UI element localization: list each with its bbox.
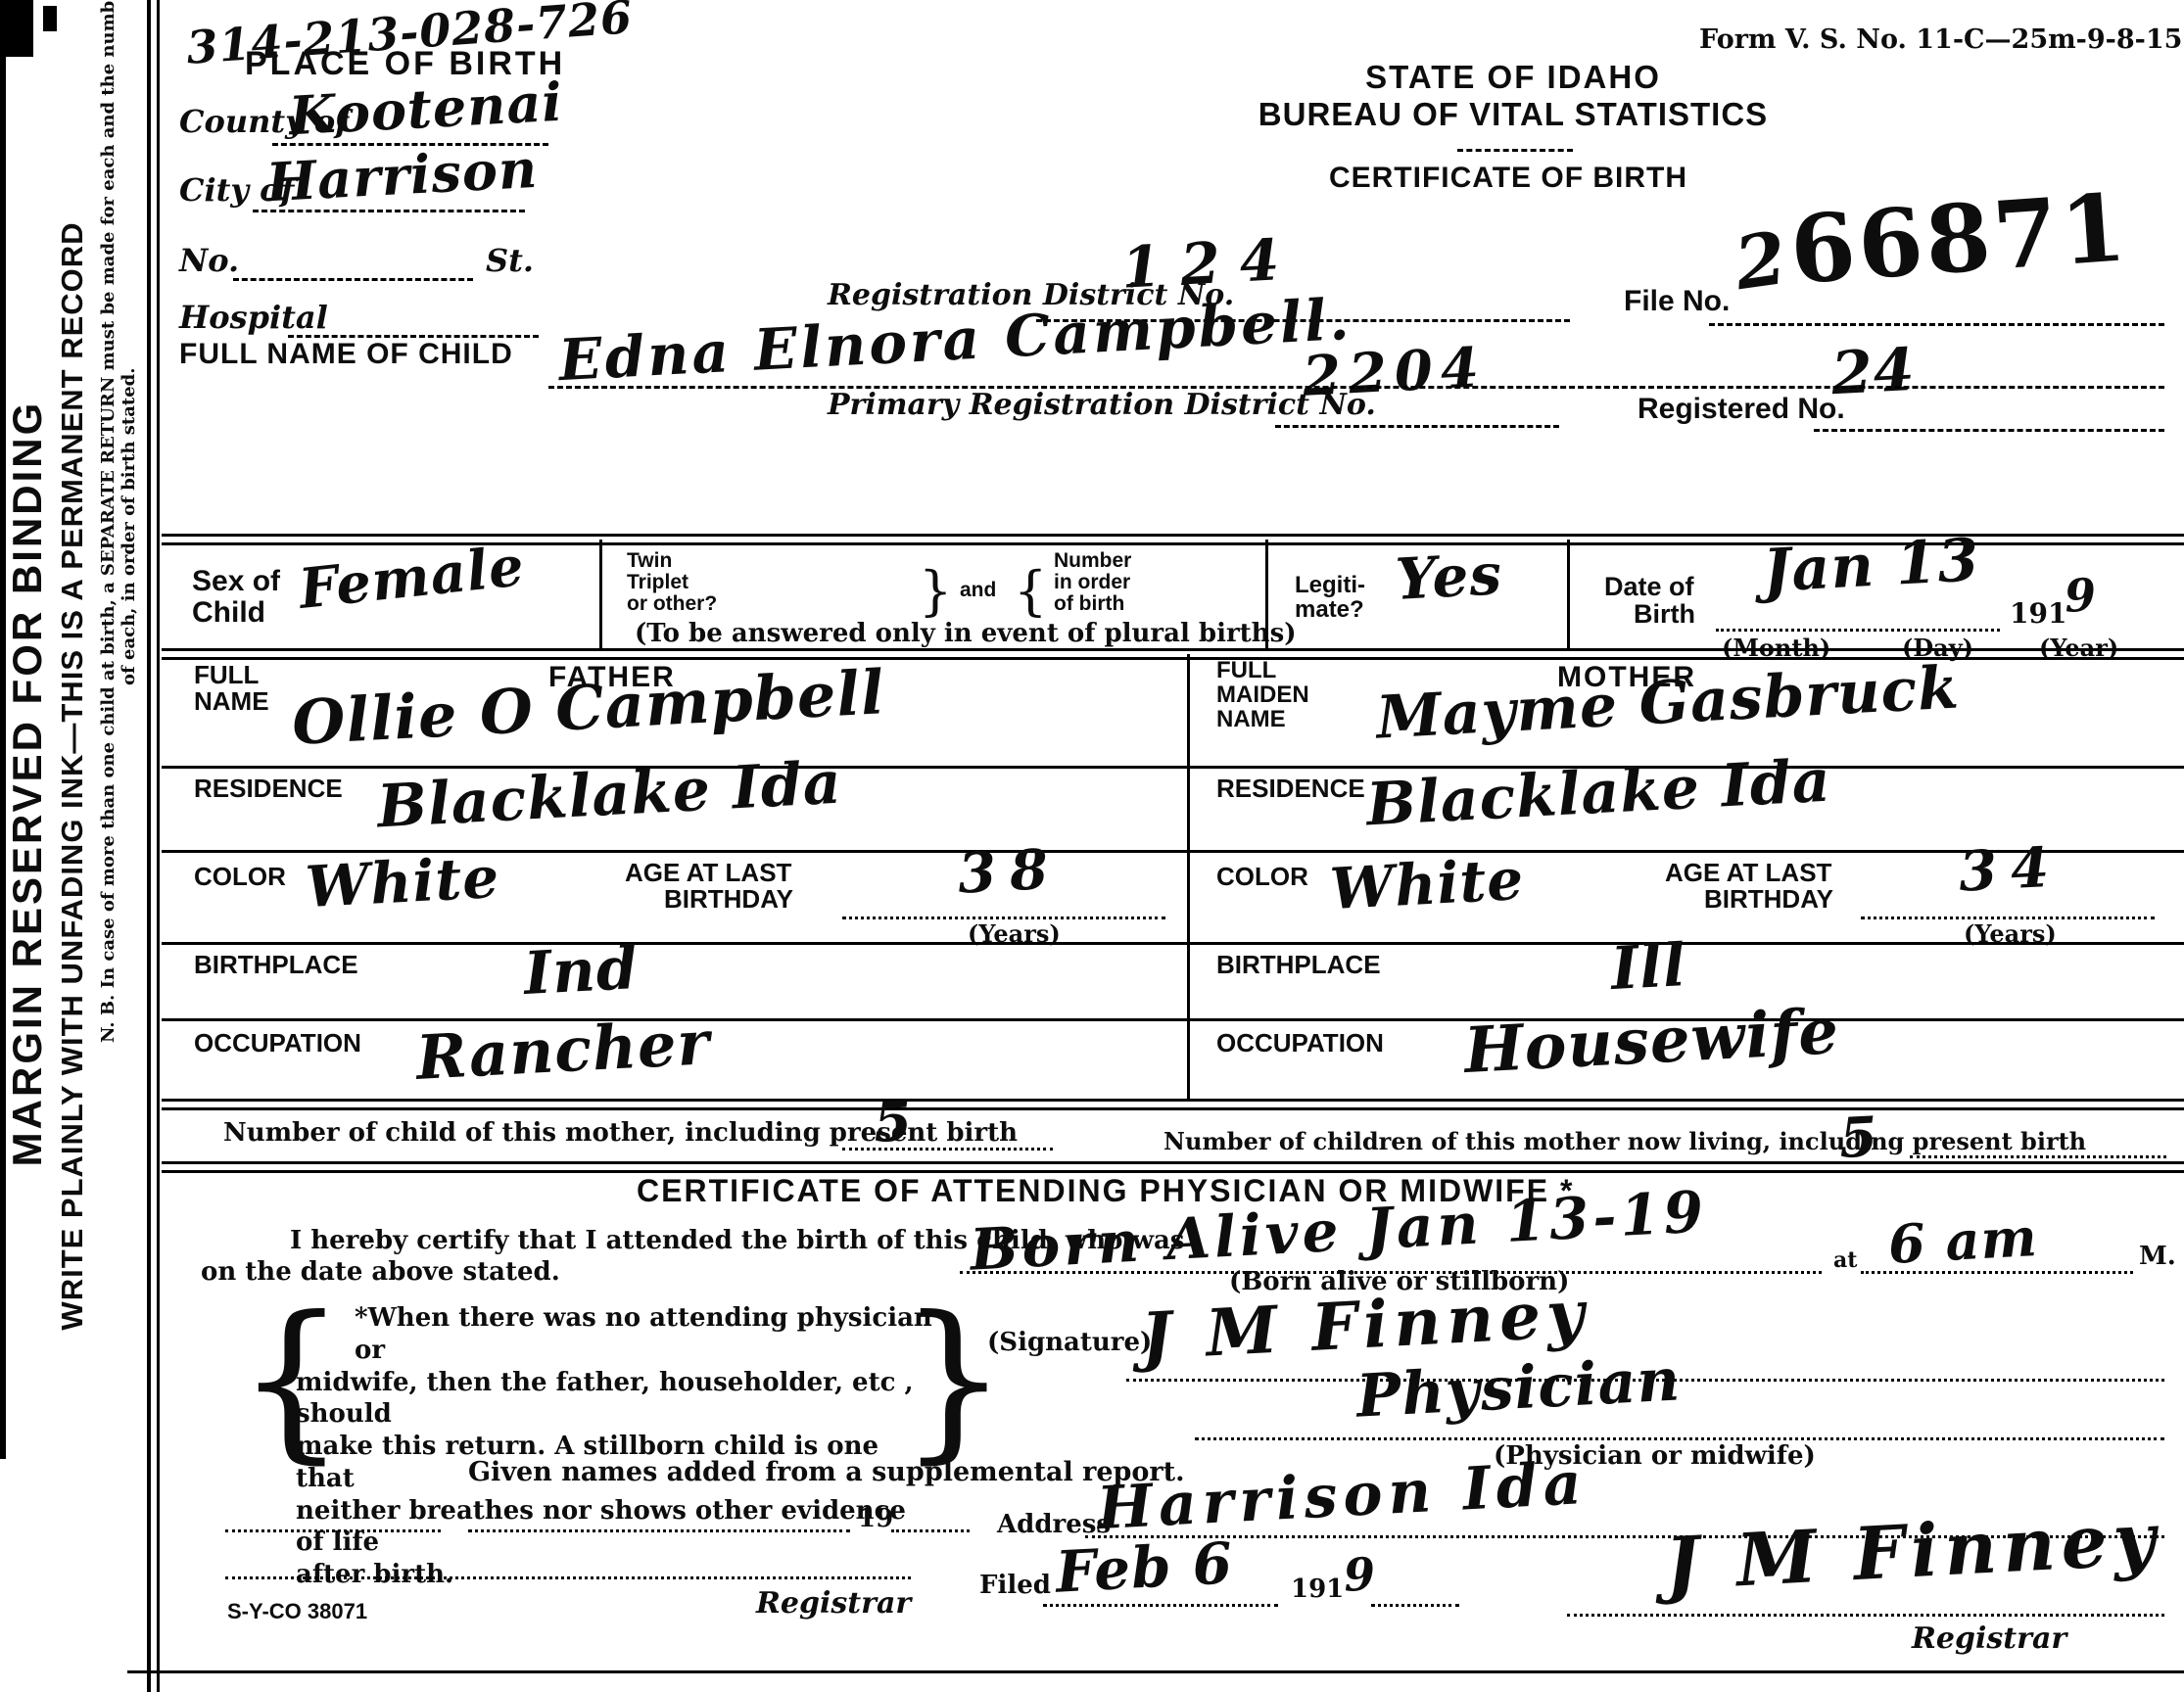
mother-age-value: 34 [1958, 839, 2065, 899]
date-of-birth-label: Date of Birth [1604, 573, 1695, 629]
registered-no-label: Registered No. [1638, 394, 1845, 425]
twin-label-line2: Triplet [627, 572, 717, 593]
father-color-label: COLOR [194, 864, 286, 890]
number-living-fill-line [1910, 1155, 2166, 1158]
number-child-value: 5 [873, 1094, 915, 1151]
mother-age-label-line2: BIRTHDAY [1665, 886, 1833, 913]
state-title: STATE OF IDAHO [1288, 61, 1738, 95]
filed-date-value: Feb 6 [1055, 1534, 1235, 1600]
father-residence-label: RESIDENCE [194, 775, 343, 802]
file-no-label: File No. [1624, 286, 1730, 317]
counts-bottom-rule [162, 1161, 2184, 1173]
twin-brace-right: { [1014, 560, 1047, 622]
sex-value: Female [297, 539, 527, 617]
number-label-line3: of birth [1054, 593, 1131, 615]
mother-name-label-line1: FULL [1216, 658, 1309, 682]
full-name-fill-line [548, 386, 2164, 389]
father-age-label-line2: BIRTHDAY [625, 886, 793, 913]
mother-name-label-line3: NAME [1216, 707, 1309, 731]
stillborn-note: *When there was no attending physician o… [296, 1302, 932, 1591]
hospital-label: Hospital [179, 302, 328, 335]
certificate-title: CERTIFICATE OF BIRTH [1283, 163, 1733, 194]
supplemental-fill-line-c [891, 1529, 970, 1532]
mother-full-name-label: FULL MAIDEN NAME [1216, 658, 1309, 732]
registration-district-value: 124 [1120, 230, 1301, 296]
mother-age-label: AGE AT LAST BIRTHDAY [1665, 860, 1833, 914]
twin-brace-left: } [919, 560, 952, 622]
father-birthplace-label: BIRTHPLACE [194, 952, 358, 978]
counts-top-rule [162, 1099, 2184, 1110]
sex-cell-divider [599, 540, 602, 651]
meridiem-label: M. [2139, 1242, 2176, 1272]
note-line4: neither breathes nor shows other evidenc… [296, 1495, 932, 1560]
father-age-label-line1: AGE AT LAST [625, 860, 793, 886]
father-color-value: White [305, 849, 501, 916]
binding-rule-inner [157, 0, 160, 1692]
mother-age-label-line1: AGE AT LAST [1665, 860, 1833, 886]
sex-label-line2: Child [192, 597, 280, 629]
sex-label-line1: Sex of [192, 566, 280, 597]
date-label-line2: Birth [1604, 600, 1695, 628]
father-color-row-line [162, 942, 1187, 945]
twin-triplet-label: Twin Triplet or other? [627, 550, 717, 615]
filed-year-value: 9 [1343, 1551, 1377, 1598]
father-full-name-value: Ollie O Campbell [291, 662, 886, 754]
physician-title-value: Physician [1355, 1350, 1683, 1426]
supplemental-fill-line-b [468, 1529, 850, 1532]
legitimate-value: Yes [1395, 545, 1504, 608]
mother-residence-value: Blacklake Ida [1365, 752, 1832, 835]
parents-center-divider [1187, 654, 1190, 1101]
margin-nb-text-line1: N. B. In case of more than one child at … [98, 157, 119, 1043]
street-label: St. [486, 245, 534, 278]
margin-binding-text: MARGIN RESERVED FOR BINDING [6, 348, 49, 1219]
number-label-line2: in order [1054, 572, 1131, 593]
mother-color-row-line [1187, 942, 2184, 945]
filed-fill-line-a [1043, 1604, 1278, 1607]
city-fill-line [253, 210, 525, 212]
mother-color-label: COLOR [1216, 864, 1308, 890]
street-no-fill-line [233, 278, 473, 281]
mother-color-value: White [1329, 851, 1526, 917]
signature-label: (Signature) [987, 1328, 1152, 1358]
file-no-stamp: 66871 [1786, 172, 2132, 307]
binding-rule-outer [147, 0, 151, 1692]
sex-of-child-label: Sex of Child [192, 566, 280, 628]
time-value: 6 am [1887, 1210, 2039, 1271]
primary-registration-label: Primary Registration District No. [828, 390, 1376, 421]
mother-birthplace-label: BIRTHPLACE [1216, 952, 1381, 978]
mother-full-name-value: Mayme Gasbruck [1375, 658, 1961, 747]
father-occupation-value: Rancher [415, 1012, 712, 1089]
father-age-value: 38 [957, 841, 1064, 901]
legitimate-label-line1: Legiti- [1295, 573, 1365, 597]
birth-certificate-scan: MARGIN RESERVED FOR BINDING WRITE PLAINL… [0, 0, 2184, 1692]
registrar-signature-fill-line [1567, 1614, 2164, 1617]
at-label: at [1833, 1247, 1857, 1273]
number-child-fill-line [842, 1148, 1053, 1151]
filed-label: Filed [979, 1571, 1051, 1601]
primary-registration-fill-line [1275, 425, 1559, 428]
father-age-label: AGE AT LAST BIRTHDAY [625, 860, 793, 914]
father-occupation-label: OCCUPATION [194, 1030, 361, 1057]
file-no-prefix-handwritten: 2 [1731, 222, 1791, 302]
print-code: S-Y-CO 38071 [227, 1600, 367, 1622]
full-name-of-child-label: FULL NAME OF CHILD [179, 339, 513, 370]
mother-residence-label: RESIDENCE [1216, 775, 1365, 802]
mother-occupation-value: Housewife [1463, 1001, 1841, 1083]
mother-birthplace-value: Ill [1609, 936, 1687, 999]
legitimate-label-line2: mate? [1295, 597, 1365, 622]
registrar-signature-value: J M Finney [1663, 1503, 2162, 1601]
bureau-underline [1457, 149, 1573, 152]
scan-corner-blob-small [43, 6, 57, 31]
supplemental-report-note: Given names added from a supplemental re… [468, 1457, 1185, 1488]
number-living-value: 5 [1838, 1109, 1880, 1166]
registered-no-fill-line [1814, 429, 2164, 432]
file-no-fill-line [1709, 323, 2164, 326]
registrar-right-label: Registrar [1912, 1623, 2066, 1655]
supplemental-fill-line-a [225, 1529, 441, 1532]
plural-births-note: (To be answered only in event of plural … [635, 619, 1297, 649]
number-in-order-label: Number in order of birth [1054, 550, 1131, 615]
father-birthplace-value: Ind [523, 939, 641, 1004]
year-handwritten-value: 9 [2064, 572, 2098, 619]
margin-nb-text-line2: of each, in order of birth stated. [119, 416, 140, 685]
registrar-left-label: Registrar [756, 1588, 911, 1620]
registrar-left-fill-line [225, 1576, 911, 1579]
physician-title-fill-line [1195, 1437, 2164, 1440]
city-value: Harrison [265, 142, 540, 209]
bottom-border-line [127, 1670, 2184, 1673]
father-full-name-label: FULL NAME [194, 662, 269, 716]
street-no-label: No. [179, 245, 239, 278]
margin-write-plainly-text: WRITE PLAINLY WITH UNFADING INK—THIS IS … [57, 117, 89, 1434]
mother-name-label-line2: MAIDEN [1216, 682, 1309, 707]
number-living-label: Number of children of this mother now li… [1163, 1128, 2086, 1156]
scan-corner-blob [0, 0, 33, 57]
number-label-line1: Number [1054, 550, 1131, 572]
legitimate-label: Legiti- mate? [1295, 573, 1365, 622]
note-brace-close: } [899, 1294, 1008, 1466]
mother-occupation-label: OCCUPATION [1216, 1030, 1384, 1057]
date-cell-divider [1567, 540, 1570, 651]
year-printed-prefix: 191 [2010, 597, 2066, 631]
time-fill-line [1861, 1271, 2133, 1274]
filed-year-prefix: 191 [1291, 1574, 1344, 1605]
county-value: Kootenai [288, 75, 564, 143]
father-name-label-line1: FULL [194, 662, 269, 688]
twin-label-line3: or other? [627, 593, 717, 615]
date-fill-line [1716, 629, 2000, 632]
registered-no-value: 24 [1829, 341, 1917, 403]
bureau-title: BUREAU OF VITAL STATISTICS [1165, 98, 1861, 132]
father-name-label-line2: NAME [194, 688, 269, 715]
date-label-line1: Date of [1604, 573, 1695, 600]
twin-label-line1: Twin [627, 550, 717, 572]
note-line1: *When there was no attending physician o… [296, 1302, 932, 1367]
supplemental-year: 19 [858, 1504, 893, 1534]
twin-and-label: and [960, 580, 996, 601]
date-of-birth-value: Jan 13 [1762, 531, 1981, 600]
filed-fill-line-b [1371, 1604, 1459, 1607]
note-line2: midwife, then the father, householder, e… [296, 1367, 932, 1432]
form-number: Form V. S. No. 11-C—25m-9-8-15 [1699, 24, 2182, 56]
legitimate-cell-divider [1265, 540, 1268, 651]
